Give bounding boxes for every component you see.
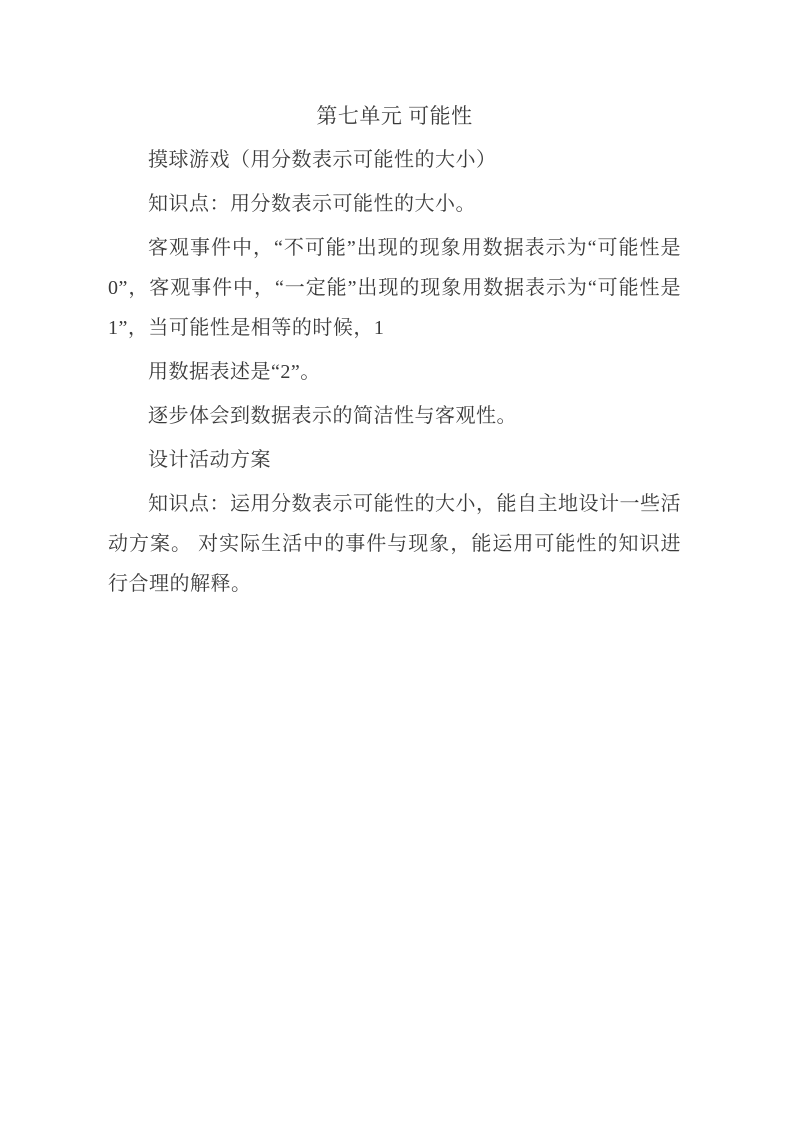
paragraph-design-activity-plan: 设计活动方案: [108, 440, 681, 480]
paragraph-data-expression: 用数据表述是“2”。: [108, 352, 681, 392]
document-page: 第七单元 可能性 摸球游戏（用分数表示可能性的大小） 知识点：用分数表示可能性的…: [0, 0, 793, 1122]
paragraph-knowledge-point-2: 知识点：运用分数表示可能性的大小，能自主地设计一些活动方案。 对实际生活中的事件…: [108, 484, 681, 604]
document-title: 第七单元 可能性: [108, 96, 681, 136]
paragraph-ball-game: 摸球游戏（用分数表示可能性的大小）: [108, 140, 681, 180]
paragraph-objective-events: 客观事件中，“不可能”出现的现象用数据表示为“可能性是 0”，客观事件中，“一定…: [108, 228, 681, 348]
paragraph-data-simplicity: 逐步体会到数据表示的简洁性与客观性。: [108, 396, 681, 436]
paragraph-knowledge-point-1: 知识点：用分数表示可能性的大小。: [108, 184, 681, 224]
